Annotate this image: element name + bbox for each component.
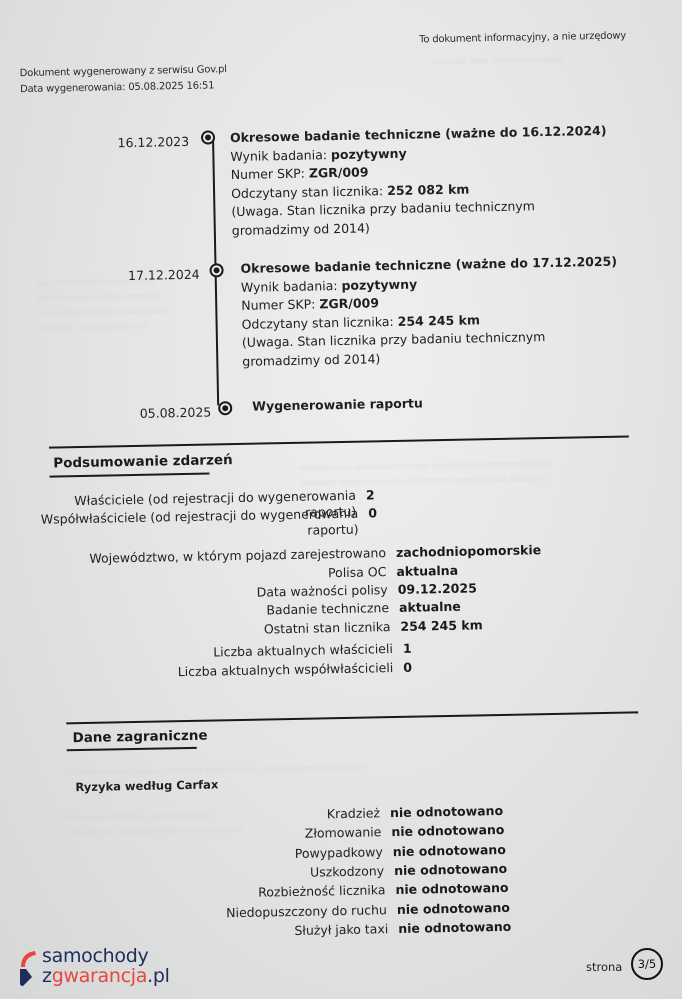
carfax-subheading: Ryzyka według Carfax xyxy=(75,777,218,794)
bleed-through-text: ▭▭▭▭ ▭▭ ▭▭▭▭▭▭▭▭ xyxy=(431,52,563,70)
page-label: strona xyxy=(586,960,622,974)
brand-logo: samochody zgwarancja.pl xyxy=(18,945,188,993)
foreign-heading: Dane zagraniczne xyxy=(72,728,207,747)
timeline-node-icon xyxy=(209,263,223,277)
timeline-event-note: (Uwaga. Stan licznika przy badaniu techn… xyxy=(242,327,618,371)
carfax-risk-table: Kradzież nie odnotowano Złomowanie nie o… xyxy=(0,0,672,7)
summary-row: Województwo, w którym pojazd zarejestrow… xyxy=(41,542,541,568)
timeline-event: Okresowe badanie techniczne (ważne do 17… xyxy=(240,253,622,371)
generated-date-line: Data wygenerowania: 05.08.2025 16:51 xyxy=(20,78,227,98)
generated-date-label: Data wygenerowania: xyxy=(20,82,125,95)
summary-row: Liczba aktualnych współwłaścicieli 0 xyxy=(43,660,412,683)
timeline-node-icon xyxy=(218,401,232,415)
page-number-badge: 3/5 xyxy=(631,948,663,980)
timeline-event: Wygenerowanie raportu xyxy=(252,390,632,416)
page-number: 3/5 xyxy=(638,957,657,971)
summary-heading: Podsumowanie zdarzeń xyxy=(53,452,233,471)
timeline-date: 17.12.2024 xyxy=(128,267,200,283)
timeline-event: Okresowe badanie techniczne (ważne do 16… xyxy=(230,122,612,240)
bleed-through-text: ▭▭▭▭▭▭▭▭ ▭▭▭▭▭▭▭▭ ▭▭▭▭▭▭ ▭▭▭▭▭▭▭▭▭▭ ▭▭ ▭… xyxy=(36,272,217,335)
section-divider xyxy=(49,435,629,448)
document-page: ▭▭▭▭ ▭▭ ▭▭▭▭▭▭▭▭ ▭▭▭▭▭▭▭▭ ▭▭▭▭▭▭▭▭ ▭▭▭▭▭… xyxy=(0,0,682,999)
bleed-through-text: ▭▭▭▭▭▭ ▭▭▭▭▭▭▭▭ ▭▭▭▭▭▭ ▭▭▭▭▭▭▭▭▭▭▭ ▭▭▭▭▭… xyxy=(299,454,630,490)
timeline-event-title: Wygenerowanie raportu xyxy=(252,390,632,416)
risk-row: Rozbieżność licznika nie odnotowano xyxy=(167,880,508,903)
section-underline xyxy=(67,747,197,751)
timeline-event-note: (Uwaga. Stan licznika przy badaniu techn… xyxy=(231,196,607,240)
event-timeline: 16.12.2023 Okresowe badanie techniczne (… xyxy=(0,0,672,7)
summary-row: Współwłaściciele (od rejestracji do wyge… xyxy=(40,505,377,543)
section-underline xyxy=(49,473,209,478)
logo-text-line1: samochody xyxy=(42,945,148,967)
timeline-date: 16.12.2023 xyxy=(117,134,189,150)
risk-row: Złomowanie nie odnotowano xyxy=(166,822,504,844)
generated-date-value: 05.08.2025 16:51 xyxy=(128,80,214,93)
disclaimer-text: To dokument informacyjny, a nie urzędowy xyxy=(419,30,626,45)
summary-table: Właściciele (od rejestracji do wygenerow… xyxy=(0,0,672,7)
risk-row: Służył jako taxi nie odnotowano xyxy=(168,919,511,942)
timeline-date: 05.08.2025 xyxy=(139,404,211,420)
section-divider xyxy=(66,711,638,723)
steering-wheel-logo-icon xyxy=(18,949,40,987)
document-header-source: Dokument wygenerowany z serwisu Gov.pl D… xyxy=(20,62,228,98)
logo-text-line2: zgwarancja.pl xyxy=(42,965,170,987)
